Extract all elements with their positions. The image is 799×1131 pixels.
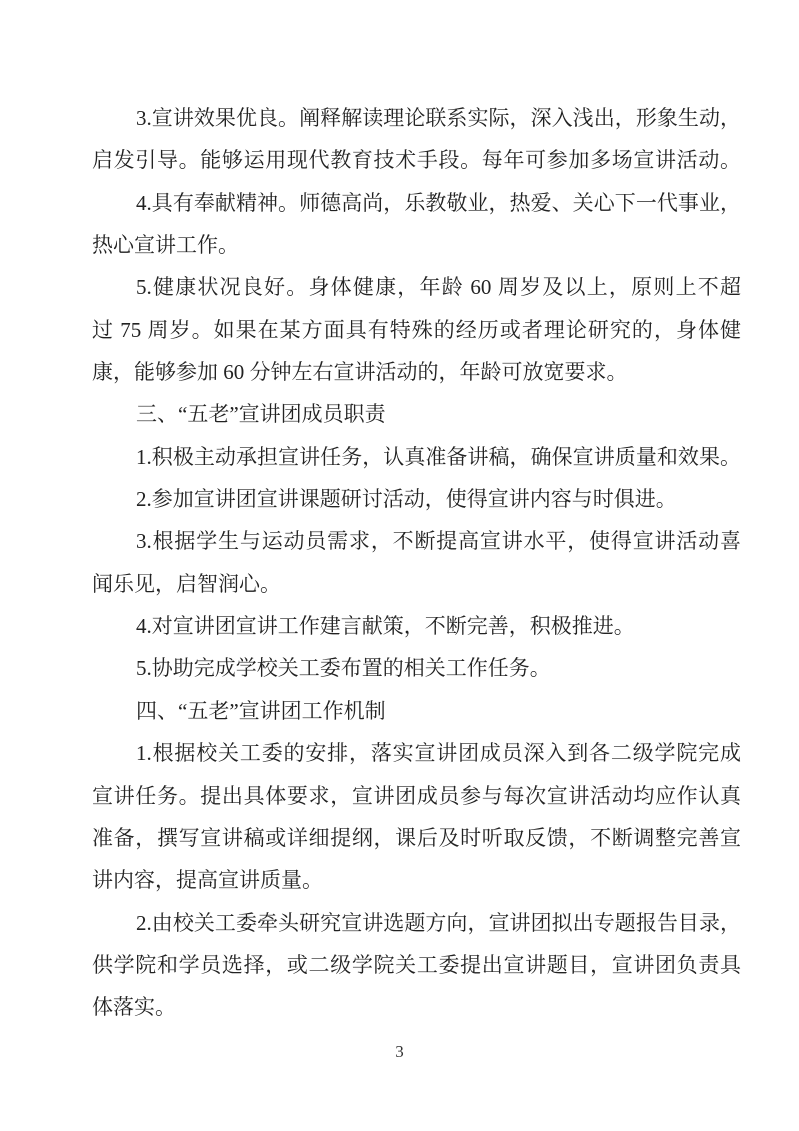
paragraph-duty-5: 5.协助完成学校关工委布置的相关工作任务。: [92, 647, 741, 689]
body-text-line: 4.具有奉献精神。师德高尚，乐教敬业，热爱、关心下一代事业，: [92, 182, 741, 224]
body-text-line: 闻乐见，启智润心。: [92, 563, 741, 605]
paragraph-qualification-4: 4.具有奉献精神。师德高尚，乐教敬业，热爱、关心下一代事业， 热心宣讲工作。: [92, 182, 741, 267]
paragraph-duty-4: 4.对宣讲团宣讲工作建言献策，不断完善，积极推进。: [92, 605, 741, 647]
body-text-line: 体落实。: [92, 986, 741, 1028]
paragraph-mechanism-2: 2.由校关工委牵头研究宣讲选题方向，宣讲团拟出专题报告目录， 供学院和学员选择，…: [92, 902, 741, 1029]
paragraph-qualification-3: 3.宣讲效果优良。阐释解读理论联系实际，深入浅出，形象生动， 启发引导。能够运用…: [92, 97, 741, 182]
document-body: 3.宣讲效果优良。阐释解读理论联系实际，深入浅出，形象生动， 启发引导。能够运用…: [92, 97, 741, 1029]
body-text-line: 宣讲任务。提出具体要求，宣讲团成员参与每次宣讲活动均应作认真: [92, 775, 741, 817]
body-text-line: 5.协助完成学校关工委布置的相关工作任务。: [92, 647, 741, 689]
body-text-line: 1.积极主动承担宣讲任务，认真准备讲稿，确保宣讲质量和效果。: [92, 436, 741, 478]
body-text-line: 热心宣讲工作。: [92, 224, 741, 266]
body-text-line: 讲内容，提高宣讲质量。: [92, 859, 741, 901]
section-heading-four: 四、“五老”宣讲团工作机制: [92, 690, 741, 732]
body-text-line: 康，能够参加 60 分钟左右宣讲活动的，年龄可放宽要求。: [92, 351, 741, 393]
paragraph-qualification-5: 5.健康状况良好。身体健康，年龄 60 周岁及以上，原则上不超 过 75 周岁。…: [92, 266, 741, 393]
body-text-line: 4.对宣讲团宣讲工作建言献策，不断完善，积极推进。: [92, 605, 741, 647]
body-text-line: 3.根据学生与运动员需求，不断提高宣讲水平，使得宣讲活动喜: [92, 520, 741, 562]
body-text-line: 3.宣讲效果优良。阐释解读理论联系实际，深入浅出，形象生动，: [92, 97, 741, 139]
body-text-line: 5.健康状况良好。身体健康，年龄 60 周岁及以上，原则上不超: [92, 266, 741, 308]
body-text-line: 1.根据校关工委的安排，落实宣讲团成员深入到各二级学院完成: [92, 732, 741, 774]
body-text-line: 2.参加宣讲团宣讲课题研讨活动，使得宣讲内容与时俱进。: [92, 478, 741, 520]
body-text-line: 过 75 周岁。如果在某方面具有特殊的经历或者理论研究的，身体健: [92, 309, 741, 351]
paragraph-duty-2: 2.参加宣讲团宣讲课题研讨活动，使得宣讲内容与时俱进。: [92, 478, 741, 520]
paragraph-mechanism-1: 1.根据校关工委的安排，落实宣讲团成员深入到各二级学院完成 宣讲任务。提出具体要…: [92, 732, 741, 901]
body-text-line: 2.由校关工委牵头研究宣讲选题方向，宣讲团拟出专题报告目录，: [92, 902, 741, 944]
body-text-line: 启发引导。能够运用现代教育技术手段。每年可参加多场宣讲活动。: [92, 139, 741, 181]
paragraph-duty-1: 1.积极主动承担宣讲任务，认真准备讲稿，确保宣讲质量和效果。: [92, 436, 741, 478]
body-text-line: 准备，撰写宣讲稿或详细提纲，课后及时听取反馈，不断调整完善宣: [92, 817, 741, 859]
section-heading-text: 四、“五老”宣讲团工作机制: [92, 690, 741, 732]
page-number: 3: [0, 1042, 799, 1062]
section-heading-three: 三、“五老”宣讲团成员职责: [92, 393, 741, 435]
body-text-line: 供学院和学员选择，或二级学院关工委提出宣讲题目，宣讲团负责具: [92, 944, 741, 986]
section-heading-text: 三、“五老”宣讲团成员职责: [92, 393, 741, 435]
document-page: 3.宣讲效果优良。阐释解读理论联系实际，深入浅出，形象生动， 启发引导。能够运用…: [0, 0, 799, 1131]
paragraph-duty-3: 3.根据学生与运动员需求，不断提高宣讲水平，使得宣讲活动喜 闻乐见，启智润心。: [92, 520, 741, 605]
